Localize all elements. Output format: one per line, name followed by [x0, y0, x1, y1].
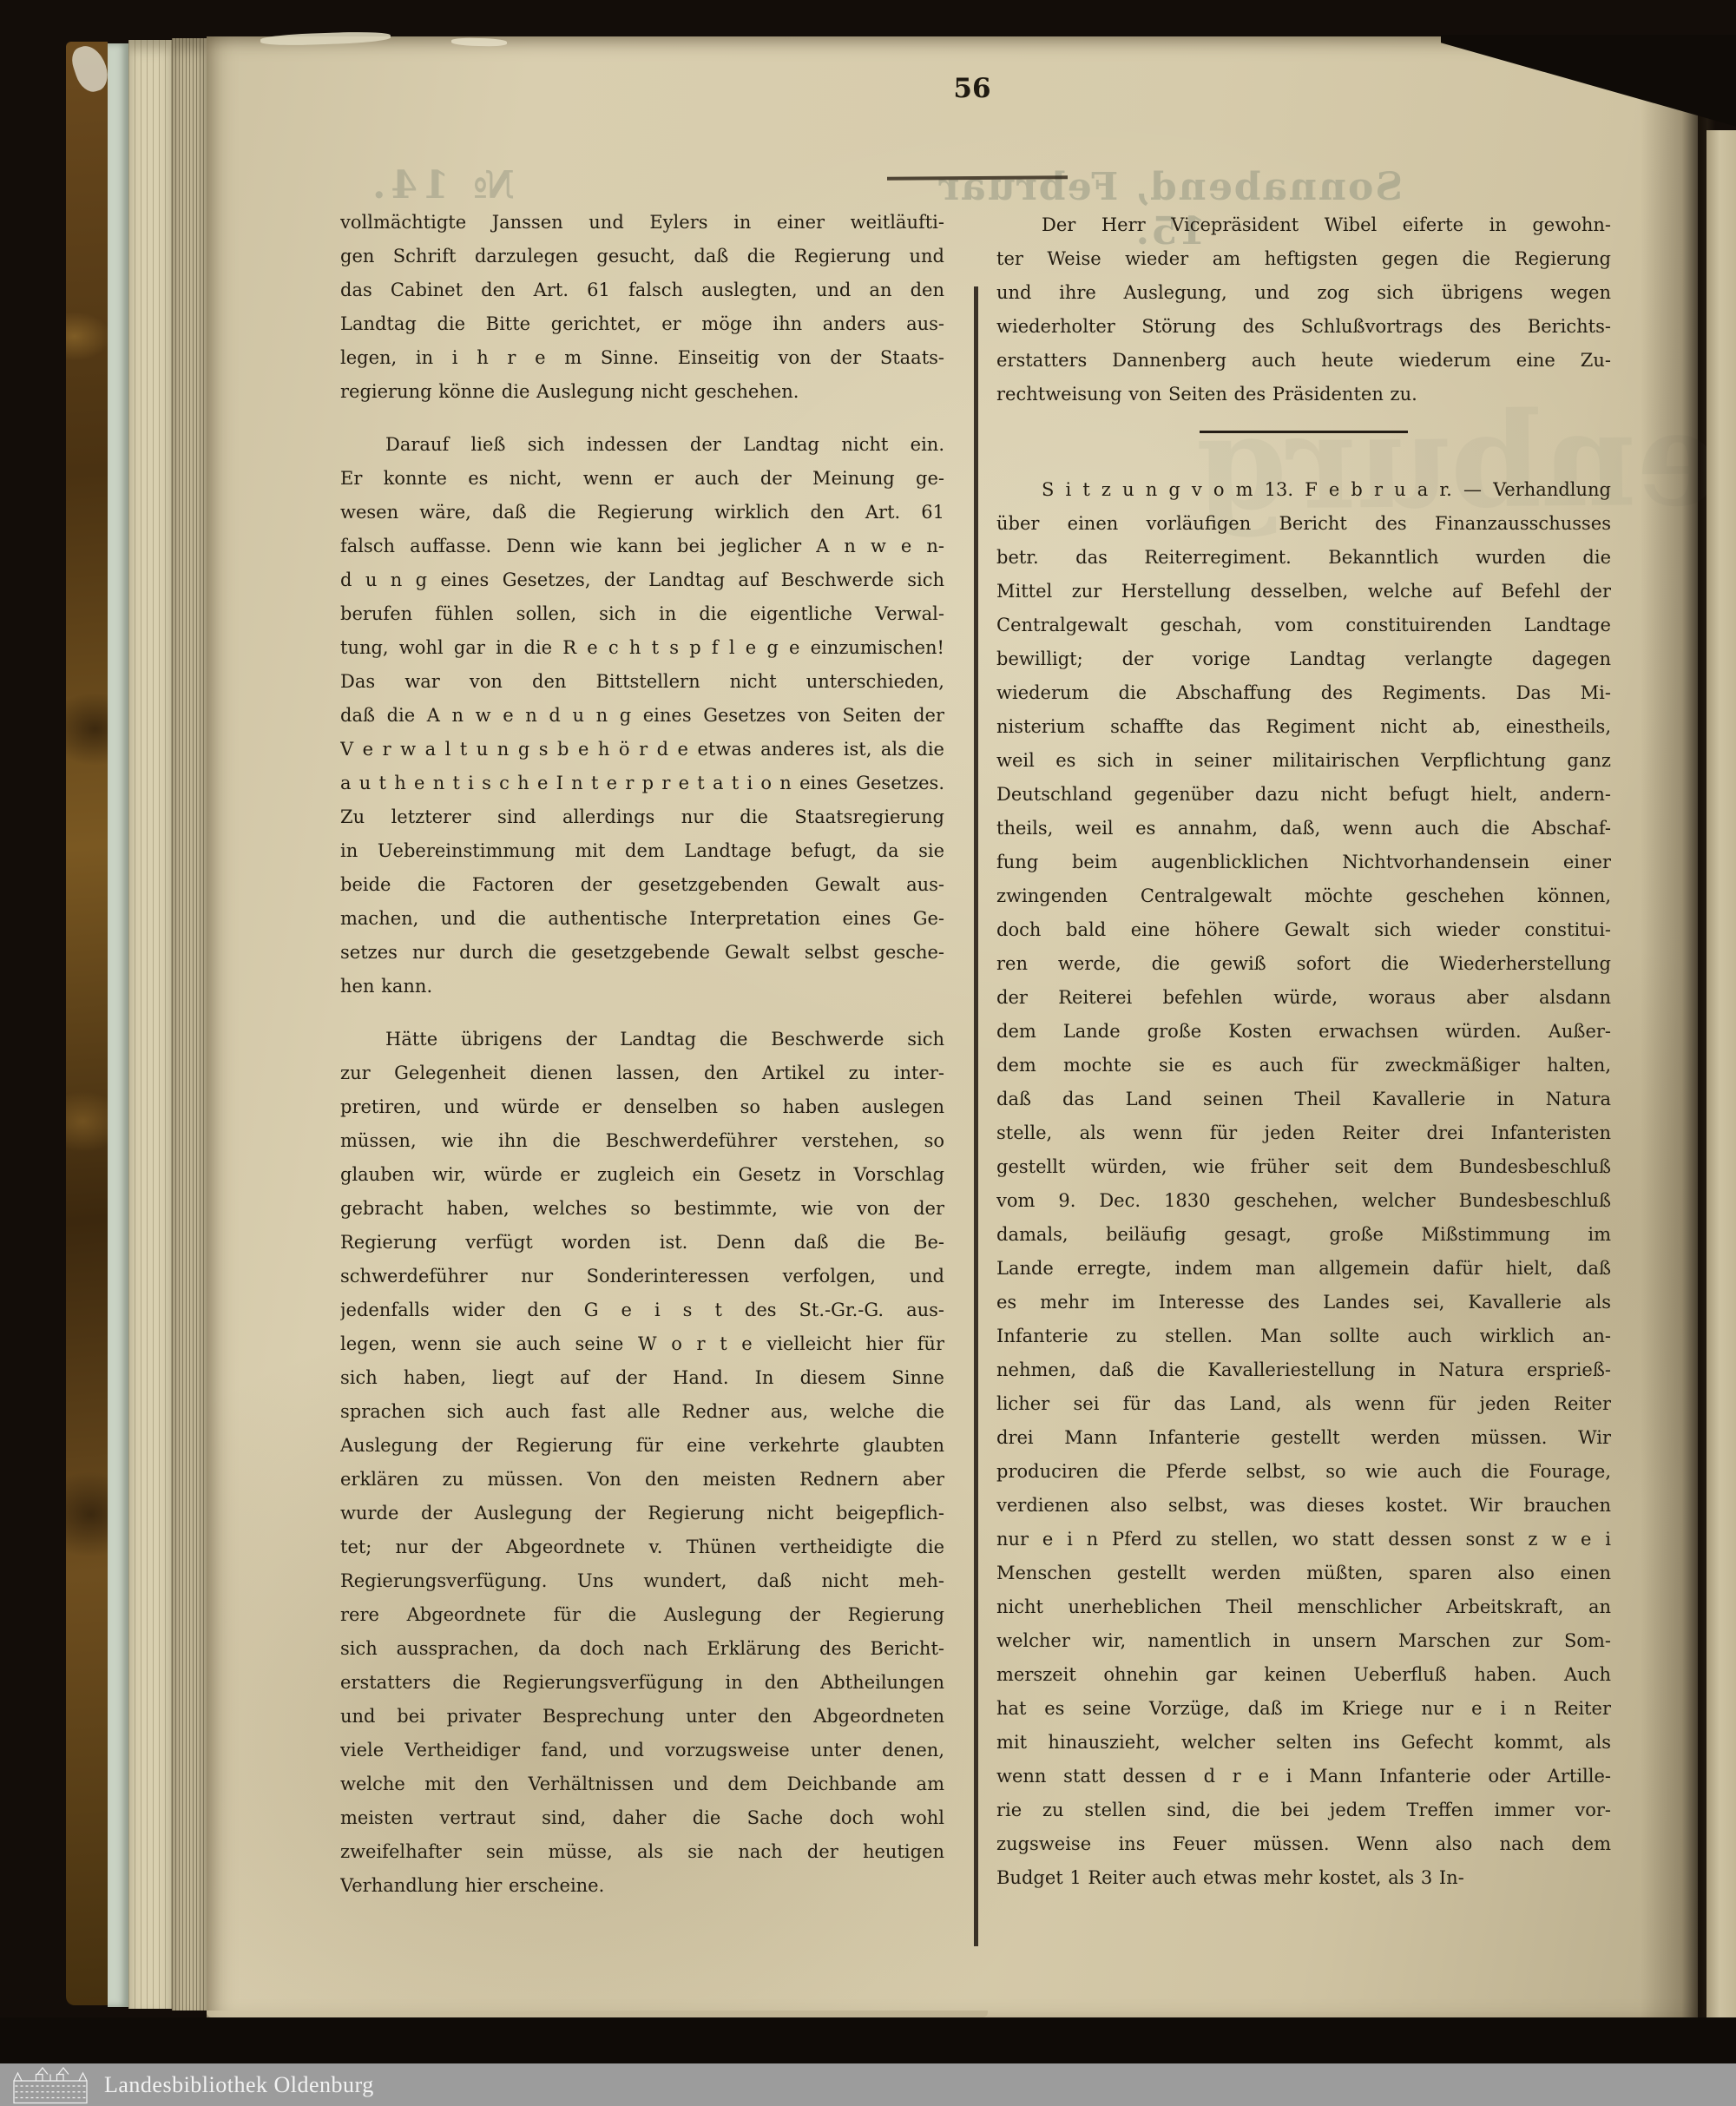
text-line: gen Schrift darzulegen gesucht, daß die … [340, 240, 944, 273]
library-watermark-bar: Landesbibliothek Oldenburg [0, 2063, 1736, 2106]
text-line: Er konnte es nicht, wenn er auch der Mei… [340, 462, 944, 496]
text-line: d u n g eines Gesetzes, der Landtag auf … [340, 563, 944, 597]
text-line: produciren die Pferde selbst, so wie auc… [996, 1455, 1611, 1489]
text-line: berufen fühlen sollen, sich in die eigen… [340, 597, 944, 631]
text-line: pretiren, und würde er denselben so habe… [340, 1090, 944, 1124]
bleedthrough-issue-number: № 14. [367, 163, 515, 207]
text-line: doch bald eine höhere Gewalt sich wieder… [996, 913, 1611, 947]
text-line: Das war von den Bittstellern nicht unter… [340, 665, 944, 699]
text-line: Budget 1 Reiter auch etwas mehr kostet, … [996, 1861, 1611, 1895]
page-stack-edge-dark [172, 38, 207, 2011]
text-line: Mittel zur Herstellung desselben, welche… [996, 575, 1611, 609]
text-line: tung, wohl gar in die R e c h t s p f l … [340, 631, 944, 665]
text-line: Lande erregte, indem man allgemein dafür… [996, 1252, 1611, 1286]
text-line: tet; nur der Abgeordnete v. Thünen verth… [340, 1530, 944, 1564]
bottom-page-edge [207, 2011, 988, 2017]
text-line: legen, wenn sie auch seine W o r t e vie… [340, 1327, 944, 1361]
text-line: Zu letzterer sind allerdings nur die Sta… [340, 800, 944, 834]
section-divider-rule [1200, 431, 1408, 433]
text-line: stelle, als wenn für jeden Reiter drei I… [996, 1116, 1611, 1150]
endpaper-strip [108, 43, 128, 2007]
text-line: welcher wir, namentlich in unsern Marsch… [996, 1624, 1611, 1658]
text-line: rie zu stellen sind, die bei jedem Treff… [996, 1793, 1611, 1827]
text-line: das Cabinet den Art. 61 falsch auslegten… [340, 273, 944, 307]
scanned-book-photo: № 14. Sonnabend, Februar 15. 1851. Olden… [0, 0, 1736, 2106]
text-line: hen kann. [340, 970, 944, 1004]
text-column-right: Der Herr Vicepräsident Wibel eiferte in … [996, 208, 1611, 1914]
paragraph: S i t z u n g v o m 13. F e b r u a r. —… [996, 473, 1611, 1895]
text-line: machen, und die authentische Interpretat… [340, 902, 944, 936]
text-line: erklären zu müssen. Von den meisten Redn… [340, 1463, 944, 1497]
text-line: Infanterie zu stellen. Man sollte auch w… [996, 1320, 1611, 1353]
text-line: welche mit den Verhältnissen und dem Dei… [340, 1767, 944, 1801]
text-line: nehmen, daß die Kavalleriestellung in Na… [996, 1353, 1611, 1387]
text-line: sich haben, liegt auf der Hand. In diese… [340, 1361, 944, 1395]
text-line: dem Lande große Kosten erwachsen würden.… [996, 1015, 1611, 1049]
text-line: erstatters Dannenberg auch heute wiederu… [996, 344, 1611, 378]
text-line: beide die Factoren der gesetzgebenden Ge… [340, 868, 944, 902]
text-line: vollmächtigte Janssen und Eylers in eine… [340, 206, 944, 240]
text-line: Darauf ließ sich indessen der Landtag ni… [340, 428, 944, 462]
text-line: Der Herr Vicepräsident Wibel eiferte in … [996, 208, 1611, 242]
text-line: weil es sich in seiner militairischen Ve… [996, 744, 1611, 778]
text-line: betr. das Reiterregiment. Bekanntlich wu… [996, 541, 1611, 575]
text-line: Landtag die Bitte gerichtet, er möge ihn… [340, 307, 944, 341]
text-line: zweifelhafter sein müsse, als sie nach d… [340, 1835, 944, 1869]
text-line: daß das Land seinen Theil Kavallerie in … [996, 1083, 1611, 1116]
background-bottom [0, 2017, 1736, 2063]
text-line: jedenfalls wider den G e i s t des St.-G… [340, 1293, 944, 1327]
text-line: Hätte übrigens der Landtag die Beschwerd… [340, 1023, 944, 1056]
paragraph: Hätte übrigens der Landtag die Beschwerd… [340, 1023, 944, 1903]
column-divider-rule [974, 286, 978, 1946]
text-line: nicht unerheblichen Theil menschlicher A… [996, 1590, 1611, 1624]
text-line: bewilligt; der vorige Landtag verlangte … [996, 642, 1611, 676]
text-line: S i t z u n g v o m 13. F e b r u a r. —… [996, 473, 1611, 507]
text-line: merszeit ohnehin gar keinen Ueberfluß ha… [996, 1658, 1611, 1692]
text-line: ren werde, die gewiß sofort die Wiederhe… [996, 947, 1611, 981]
text-line: rechtweisung von Seiten des Präsidenten … [996, 378, 1611, 411]
text-line: und bei privater Besprechung unter den A… [340, 1700, 944, 1734]
text-line: dem mochte sie es auch für zweckmäßiger … [996, 1049, 1611, 1083]
text-line: setzes nur durch die gesetzgebende Gewal… [340, 936, 944, 970]
text-line: Auslegung der Regierung für eine verkehr… [340, 1429, 944, 1463]
text-line: legen, in i h r e m Sinne. Einseitig von… [340, 341, 944, 375]
text-line: und ihre Auslegung, und zog sich übrigen… [996, 276, 1611, 310]
text-column-left: vollmächtigte Janssen und Eylers in eine… [340, 206, 944, 1922]
paragraph: Darauf ließ sich indessen der Landtag ni… [340, 428, 944, 1004]
text-line: wiederholter Störung des Schlußvortrags … [996, 310, 1611, 344]
library-name: Landesbibliothek Oldenburg [104, 2072, 374, 2098]
text-line: zugsweise ins Feuer müssen. Wenn also na… [996, 1827, 1611, 1861]
text-line: damals, beiläufig gesagt, große Mißstimm… [996, 1218, 1611, 1252]
text-line: licher sei für das Land, als wenn für je… [996, 1387, 1611, 1421]
text-line: hat es seine Vorzüge, daß im Kriege nur … [996, 1692, 1611, 1726]
text-line: glauben wir, würde er zugleich ein Geset… [340, 1158, 944, 1192]
text-line: theils, weil es annahm, daß, wenn auch d… [996, 812, 1611, 846]
paragraph: Der Herr Vicepräsident Wibel eiferte in … [996, 208, 1611, 411]
text-line: verdienen also selbst, was dieses kostet… [996, 1489, 1611, 1523]
text-line: erstatters die Regierungsverfügung in de… [340, 1666, 944, 1700]
text-line: gebracht haben, welches so bestimmte, wi… [340, 1192, 944, 1226]
text-line: Centralgewalt geschah, vom constituirend… [996, 609, 1611, 642]
text-line: meisten vertraut sind, daher die Sache d… [340, 1801, 944, 1835]
library-building-icon [9, 2065, 92, 2104]
text-line: Regierungsverfügung. Uns wundert, daß ni… [340, 1564, 944, 1598]
page-number: 56 [903, 73, 1042, 104]
text-line: Regierung verfügt worden ist. Denn daß d… [340, 1226, 944, 1260]
text-line: zwingenden Centralgewalt möchte geschehe… [996, 879, 1611, 913]
text-line: wiederum die Abschaffung des Regiments. … [996, 676, 1611, 710]
text-line: wurde der Auslegung der Regierung nicht … [340, 1497, 944, 1530]
text-line: über einen vorläufigen Bericht des Finan… [996, 507, 1611, 541]
text-line: der Reiterei befehlen würde, woraus aber… [996, 981, 1611, 1015]
text-line: drei Mann Infanterie gestellt werden müs… [996, 1421, 1611, 1455]
text-line: schwerdeführer nur Sonderinteressen verf… [340, 1260, 944, 1293]
text-line: sprachen sich auch fast alle Redner aus,… [340, 1395, 944, 1429]
text-line: ter Weise wieder am heftigsten gegen die… [996, 242, 1611, 276]
book-cover-edge [66, 42, 108, 2005]
text-line: in Uebereinstimmung mit dem Landtage bef… [340, 834, 944, 868]
text-line: a u t h e n t i s c h e I n t e r p r e … [340, 767, 944, 800]
text-line: daß die A n w e n d u n g eines Gesetzes… [340, 699, 944, 733]
text-line: Verhandlung hier erscheine. [340, 1869, 944, 1903]
text-line: wesen wäre, daß die Regierung wirklich d… [340, 496, 944, 530]
text-line: mit hinauszieht, welcher selten ins Gefe… [996, 1726, 1611, 1760]
text-line: gestellt würden, wie früher seit dem Bun… [996, 1150, 1611, 1184]
text-line: fung beim augenblicklichen Nichtvorhande… [996, 846, 1611, 879]
text-line: zur Gelegenheit dienen lassen, den Artik… [340, 1056, 944, 1090]
text-line: es mehr im Interesse des Landes sei, Kav… [996, 1286, 1611, 1320]
text-line: V e r w a l t u n g s b e h ö r d e etwa… [340, 733, 944, 767]
page-gutter-shadow [1641, 36, 1715, 2017]
text-line: nisterium schaffte das Regiment nicht ab… [996, 710, 1611, 744]
text-line: vom 9. Dec. 1830 geschehen, welcher Bund… [996, 1184, 1611, 1218]
text-line: wenn statt dessen d r e i Mann Infanteri… [996, 1760, 1611, 1793]
text-line: müssen, wie ihn die Beschwerdeführer ver… [340, 1124, 944, 1158]
text-line: rere Abgeordnete für die Auslegung der R… [340, 1598, 944, 1632]
text-line: regierung könne die Auslegung nicht gesc… [340, 375, 944, 409]
facing-page-edge [1706, 130, 1736, 2017]
text-line: sich aussprachen, da doch nach Erklärung… [340, 1632, 944, 1666]
paragraph: vollmächtigte Janssen und Eylers in eine… [340, 206, 944, 409]
page-stack-edge-light [128, 40, 172, 2009]
text-line: nur e i n Pferd zu stellen, wo statt des… [996, 1523, 1611, 1556]
text-line: viele Vertheidiger fand, und vorzugsweis… [340, 1734, 944, 1767]
text-line: Menschen gestellt werden müßten, sparen … [996, 1556, 1611, 1590]
text-line: Deutschland gegenüber dazu nicht befugt … [996, 778, 1611, 812]
text-line: falsch auffasse. Denn wie kann bei jegli… [340, 530, 944, 563]
